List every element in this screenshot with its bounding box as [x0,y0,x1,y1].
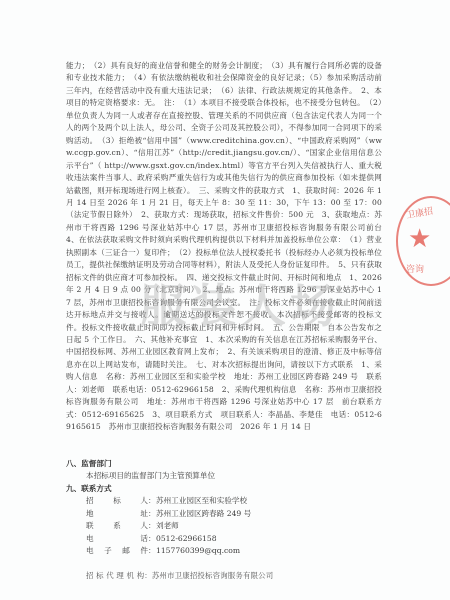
contact-label: 联系人 [86,520,148,532]
contact-value: 苏州工业园区至和实验学校 [156,495,247,507]
contact-label: 电子邮件 [86,545,148,557]
supervision-text: 本招标项目的监督部门为主管预算单位 [66,470,396,482]
seal-star-icon: ★ [408,226,431,252]
contact-email: 1157760399@qq.com [156,545,240,557]
contact-row-tenderer: 招标人 ： 苏州工业园区至和实验学校 [66,495,396,507]
contact-label: 电话 [86,533,148,545]
contact-label: 地址 [86,508,148,520]
contact-row-phone: 电话 ： 0512-62966158 [66,533,396,545]
agency-line: 招 标 代 理 机 构：苏州市卫康招投标咨询服务有限公司 [86,570,273,581]
agency-value: 苏州市卫康招投标咨询服务有限公司 [152,571,273,580]
contact-row-person: 联系人 ： 刘老师 [66,520,396,532]
procurement-notice-body: 能力； （2）具有良好的商业信誉和健全的财务会计制度； （3）具有履行合同所必需… [66,60,382,434]
seal-top-text: 卫康招 [405,204,434,221]
supervision-heading: 八、监督部门 [66,458,396,470]
contact-row-address: 地址 ： 苏州工业园区跨春路 249 号 [66,508,396,520]
company-seal: 卫康招 ★ 咨询 [396,196,450,286]
contact-value: 0512-62966158 [156,533,217,545]
document-page: 能力； （2）具有良好的商业信誉和健全的财务会计制度； （3）具有履行合同所必需… [0,0,450,600]
contact-heading: 九、联系方式 [66,483,396,495]
agency-label: 招 标 代 理 机 构： [86,571,152,580]
notice-paragraph: 能力； （2）具有良好的商业信誉和健全的财务会计制度； （3）具有履行合同所必需… [66,60,382,434]
contact-row-email: 电子邮件 ： 1157760399@qq.com [66,545,396,557]
seal-bottom-text: 咨询 [406,262,424,275]
contact-label: 招标人 [86,495,148,507]
contact-section: 九、联系方式 招标人 ： 苏州工业园区至和实验学校 地址 ： 苏州工业园区跨春路… [66,483,396,557]
contact-value: 刘老师 [156,520,179,532]
contact-value: 苏州工业园区跨春路 249 号 [156,508,251,520]
supervision-section: 八、监督部门 本招标项目的监督部门为主管预算单位 [66,458,396,483]
